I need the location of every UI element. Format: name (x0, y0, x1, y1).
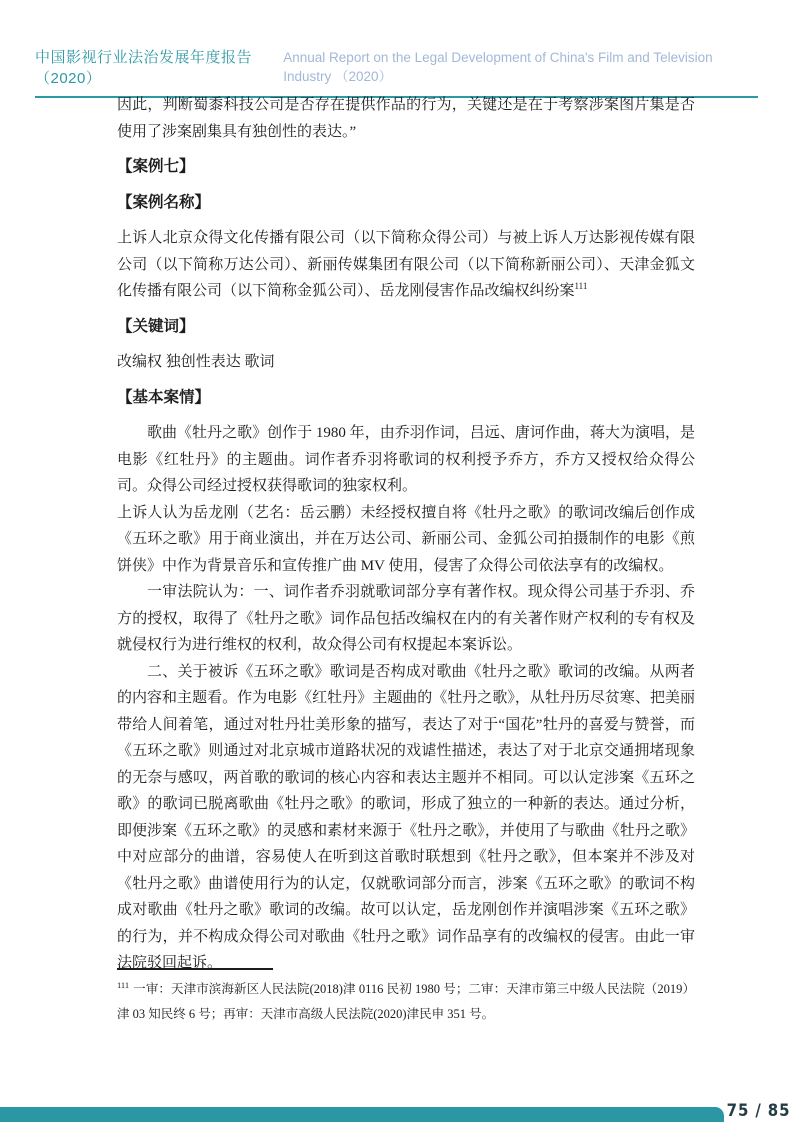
page-header: 中国影视行业法治发展年度报告（2020） Annual Report on th… (35, 46, 758, 98)
paragraph-continued: 因此，判断蜀黍科技公司是否存在提供作品的行为，关键还是在于考察涉案图片集是否使用… (117, 92, 695, 145)
footnote-marker: 111 (117, 980, 129, 990)
facts-paragraph-first-instance-2: 二、关于被诉《五环之歌》歌词是否构成对歌曲《牡丹之歌》歌词的改编。从两者的内容和… (117, 659, 695, 977)
footnote-paragraph: 111一审：天津市滨海新区人民法院(2018)津 0116 民初 1980 号；… (117, 977, 695, 1027)
footnote-separator (117, 968, 273, 970)
section-heading-case-seven: 【案例七】 (117, 154, 695, 181)
document-body: 因此，判断蜀黍科技公司是否存在提供作品的行为，关键还是在于考察涉案图片集是否使用… (117, 92, 695, 977)
report-title-zh: 中国影视行业法治发展年度报告（2020） (35, 46, 283, 88)
section-heading-case-name: 【案例名称】 (117, 190, 695, 217)
facts-paragraph-song-origin: 歌曲《牡丹之歌》创作于 1980 年，由乔羽作词，吕远、唐诃作曲，蒋大为演唱，是… (117, 420, 695, 500)
facts-paragraph-appellant-claim: 上诉人认为岳龙刚（艺名：岳云鹏）未经授权擅自将《牡丹之歌》的歌词改编后创作成《五… (117, 500, 695, 580)
facts-paragraph-first-instance-1: 一审法院认为：一、词作者乔羽就歌词部分享有著作权。现众得公司基于乔羽、乔方的授权… (117, 579, 695, 659)
page-number: 75 / 85 (726, 1101, 790, 1121)
report-title-en: Annual Report on the Legal Development o… (283, 50, 758, 85)
keywords-line: 改编权 独创性表达 歌词 (117, 349, 695, 376)
case-name-text: 上诉人北京众得文化传播有限公司（以下简称众得公司）与被上诉人万达影视传媒有限公司… (117, 230, 695, 299)
footnote-reference: 111 (575, 281, 588, 291)
footnote: 111一审：天津市滨海新区人民法院(2018)津 0116 民初 1980 号；… (117, 968, 695, 1027)
footnote-text: 一审：天津市滨海新区人民法院(2018)津 0116 民初 1980 号；二审：… (117, 982, 695, 1021)
footer-accent-bar (0, 1107, 724, 1122)
section-heading-basic-facts: 【基本案情】 (117, 385, 695, 412)
case-name-paragraph: 上诉人北京众得文化传播有限公司（以下简称众得公司）与被上诉人万达影视传媒有限公司… (117, 225, 695, 305)
report-page: 中国影视行业法治发展年度报告（2020） Annual Report on th… (0, 0, 793, 1122)
section-heading-keywords: 【关键词】 (117, 314, 695, 341)
